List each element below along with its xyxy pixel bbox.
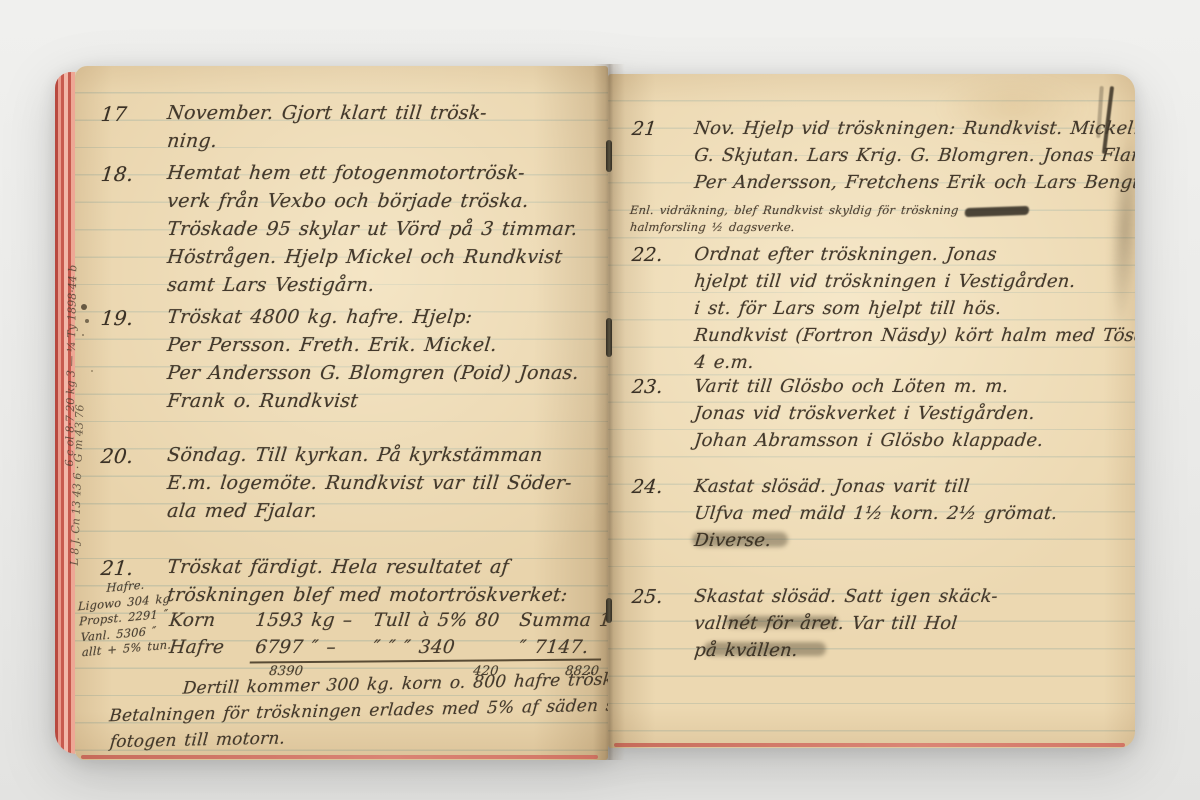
- diary-entry-18: 18. Hemtat hem ett fotogenmotortrösk- ve…: [101, 162, 577, 302]
- entry-line: G. Skjutan. Lars Krig. G. Blomgren. Jona…: [693, 145, 1135, 172]
- diary-entry-20: 20. Söndag. Till kyrkan. På kyrkstämman …: [101, 444, 572, 528]
- entry-line: ning.: [166, 130, 488, 158]
- entry-line: Per Persson. Freth. Erik. Mickel.: [166, 334, 581, 362]
- entry-number: 22.: [631, 244, 695, 266]
- entry-line: Per Andersson, Fretchens Erik och Lars B…: [693, 172, 1135, 199]
- entry-line: Varit till Glösbo och Löten m. m.: [693, 376, 1045, 403]
- entry-line: Höstrågen. Hjelp Mickel och Rundkvist: [166, 246, 579, 274]
- entry-number: 20.: [100, 444, 169, 468]
- entry-line: verk från Vexbo och började tröska.: [166, 190, 579, 218]
- entry-line: vallnét för året. Var till Hol: [693, 613, 999, 640]
- diary-entry-22: 22. Ordnat efter tröskningen. Jonas hjel…: [632, 244, 1135, 379]
- entry-line: Nov. Hjelp vid tröskningen: Rundkvist. M…: [693, 118, 1135, 145]
- entry-line: Hemtat hem ett fotogenmotortrösk-: [166, 162, 579, 190]
- entry-line: Rundkvist (Fortron Näsdy) kört halm med …: [693, 325, 1135, 352]
- entry-line: hjelpt till vid tröskningen i Vestigårde…: [693, 271, 1135, 298]
- ink-scribble: [964, 205, 1029, 216]
- entry-line: 4 e.m.: [693, 352, 1135, 379]
- entry-line: ala med Fjalar.: [166, 500, 573, 528]
- table-cell: Korn: [168, 610, 257, 637]
- table-row-hafre: Hafre 6797 ″ – ″ ″ ″ 340 ″ 7147.: [168, 637, 608, 664]
- diary-entry-17: 17 November. Gjort klart till trösk- nin…: [101, 102, 487, 158]
- entry-line: Tröskat 4800 kg. hafre. Hjelp:: [166, 306, 581, 334]
- photo-backdrop: 6 c ol 8·7 20 kg 3 — ¼ Ty 1898·44 b L 8 …: [0, 0, 1200, 800]
- entry-line: Kastat slösäd. Jonas varit till: [693, 476, 1059, 503]
- binding-stitch: [606, 140, 612, 172]
- entry-line: Johan Abramsson i Glösbo klappade.: [693, 430, 1045, 457]
- entry-line: E.m. logemöte. Rundkvist var till Söder-: [166, 472, 573, 500]
- table-cell: Hafre: [168, 637, 257, 664]
- entry-line: Per Andersson G. Blomgren (Poid) Jonas.: [166, 362, 581, 390]
- ink-dots: [81, 304, 87, 310]
- entry-line: Skastat slösäd. Satt igen skäck-: [693, 586, 999, 613]
- entry-line: i st. för Lars som hjelpt till hös.: [693, 298, 1135, 325]
- diary-entry-23: 23. Varit till Glösbo och Löten m. m. Jo…: [632, 376, 1043, 457]
- table-cell: Summa 1673 kg: [518, 610, 608, 637]
- diary-entry-21-right: 21 Nov. Hjelp vid tröskningen: Rundkvist…: [632, 118, 1135, 199]
- entry-line: Diverse.: [693, 530, 1059, 557]
- entry-number: 24.: [631, 476, 695, 498]
- entry-line: Söndag. Till kyrkan. På kyrkstämman: [166, 444, 573, 472]
- entry-line: Jonas vid tröskverket i Vestigården.: [693, 403, 1045, 430]
- right-page: 21 Nov. Hjelp vid tröskningen: Rundkvist…: [608, 74, 1135, 748]
- diary-entry-25: 25. Skastat slösäd. Satt igen skäck- val…: [632, 586, 997, 667]
- table-cell: Tull à 5% 80: [372, 610, 521, 637]
- entry-21-closing-notes: Dertill kommer 300 kg. korn o. 800 hafre…: [108, 668, 608, 758]
- entry-line: på kvällen.: [693, 640, 999, 667]
- entry-line: Frank o. Rundkvist: [166, 390, 581, 418]
- note-line: Enl. vidräkning, blef Rundkvist skyldig …: [629, 202, 1029, 219]
- table-cell: 1593 kg –: [254, 610, 375, 637]
- note-text: Enl. vidräkning, blef Rundkvist skyldig …: [629, 203, 959, 217]
- entry-line: Tröskat färdigt. Hela resultatet af: [166, 556, 569, 584]
- entry-line: tröskningen blef med motortröskverket:: [166, 584, 569, 612]
- diary-entry-24: 24. Kastat slösäd. Jonas varit till Ulfv…: [632, 476, 1057, 557]
- interlinear-note: Enl. vidräkning, blef Rundkvist skyldig …: [630, 202, 1029, 236]
- binding-stitch: [606, 598, 612, 623]
- entry-number: 21: [631, 118, 695, 140]
- entry-line: samt Lars Vestigårn.: [166, 274, 579, 302]
- table-row-korn: Korn 1593 kg – Tull à 5% 80 Summa 1673 k…: [168, 610, 608, 637]
- entry-number: 19.: [100, 306, 169, 330]
- entry-number: 23.: [631, 376, 695, 398]
- entry-line: Ordnat efter tröskningen. Jonas: [693, 244, 1135, 271]
- entry-line: Tröskade 95 skylar ut Vörd på 3 timmar.: [166, 218, 579, 246]
- diary-book: 6 c ol 8·7 20 kg 3 — ¼ Ty 1898·44 b L 8 …: [55, 64, 1137, 760]
- entry-number: 18.: [100, 162, 169, 186]
- entry-line: November. Gjort klart till trösk-: [166, 102, 488, 130]
- entry-line: Ulfva med mäld 1½ korn. 2½ grömat.: [693, 503, 1059, 530]
- binding-stitch: [606, 318, 612, 357]
- left-page: 17 November. Gjort klart till trösk- nin…: [75, 66, 608, 760]
- entry-number: 25.: [631, 586, 695, 608]
- entry-number: 17: [100, 102, 169, 126]
- note-line: halmforsling ½ dagsverke.: [629, 219, 1029, 236]
- diary-entry-19: 19. Tröskat 4800 kg. hafre. Hjelp: Per P…: [101, 306, 579, 418]
